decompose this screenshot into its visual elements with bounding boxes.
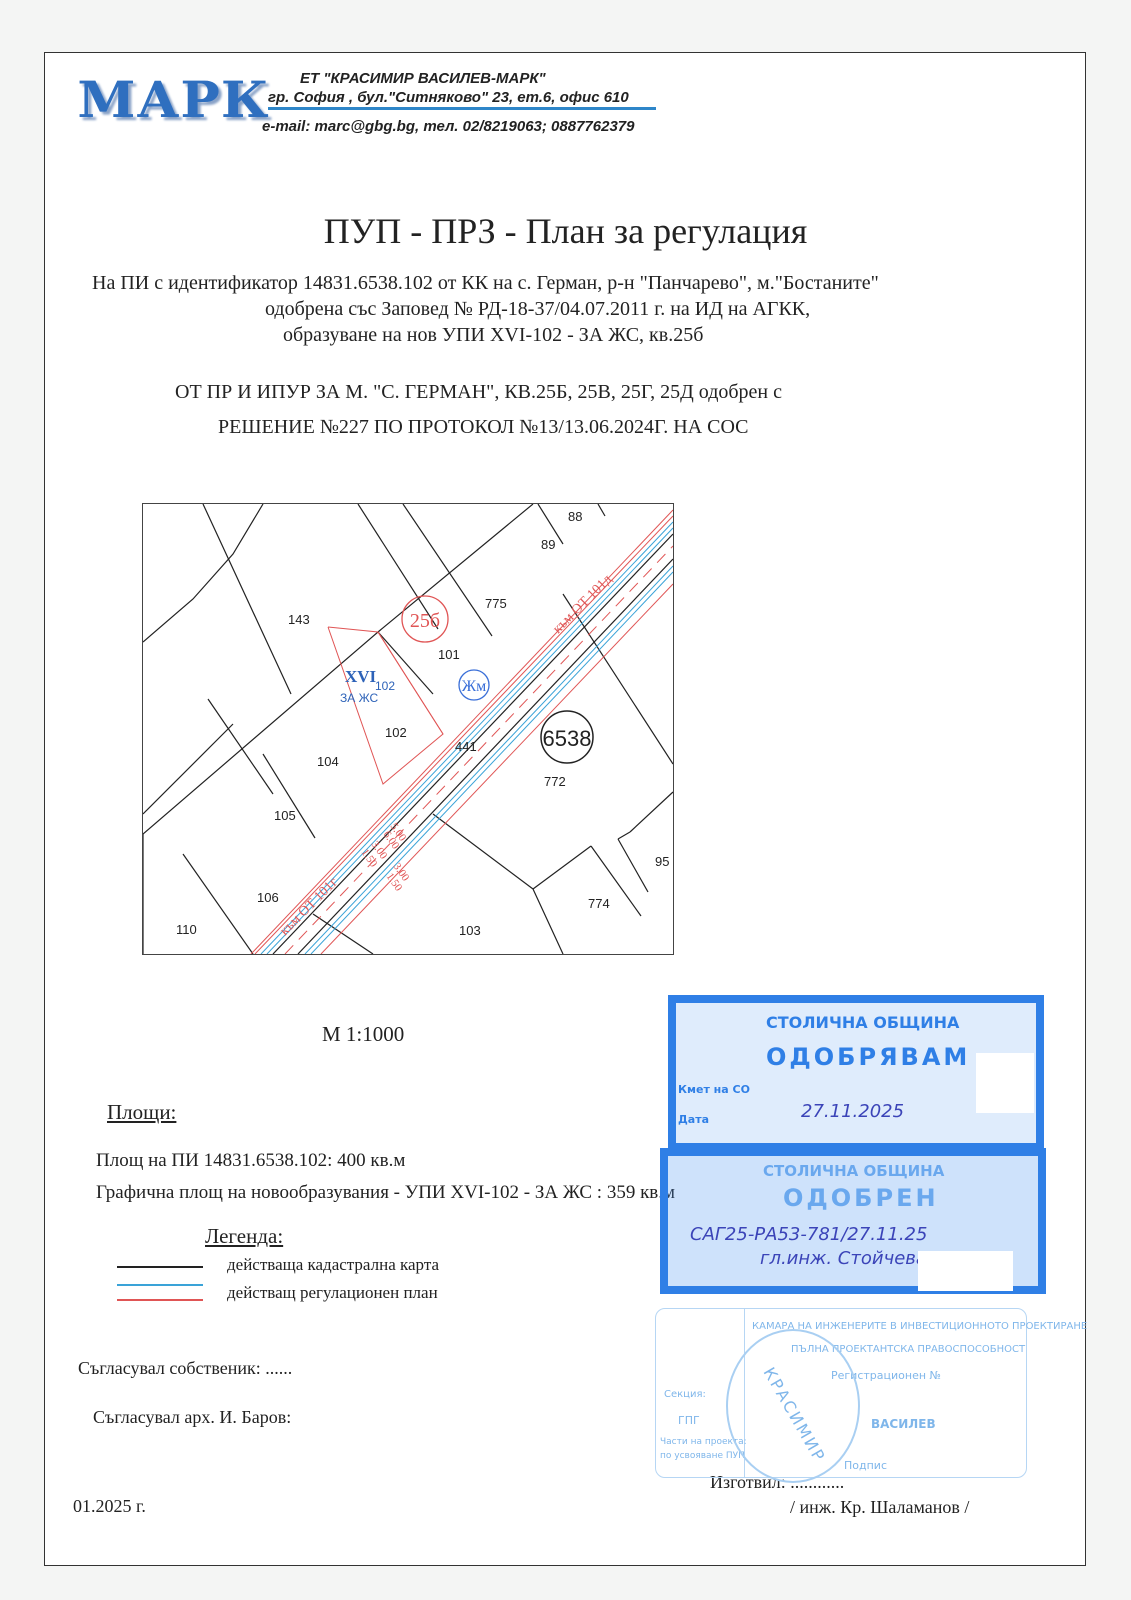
handwritten-name: гл.инж. Стойчева (760, 1248, 927, 1269)
block-label: 25б (410, 610, 440, 632)
parcel-774: 774 (588, 896, 610, 911)
legend-heading: Легенда: (205, 1224, 283, 1249)
stamp-section-label: Секция: (664, 1389, 706, 1400)
parcel-775: 775 (485, 596, 507, 611)
subtitle-line-4: ОТ ПР И ИПУР ЗА М. "С. ГЕРМАН", КВ.25Б, … (175, 381, 782, 404)
upi-number: XVI (345, 667, 377, 686)
legend-label-regulation: действащ регулационен план (227, 1283, 438, 1303)
legend-label-cadastre: действаща кадастрална карта (227, 1255, 439, 1275)
parcel-110: 110 (176, 922, 197, 937)
map-scale: М 1:1000 (322, 1022, 404, 1047)
parcel-105: 105 (274, 808, 296, 823)
upi-purpose: ЗА ЖС (340, 691, 379, 705)
redaction-box (976, 1053, 1034, 1113)
street-label-sw: към ОТ 101г (277, 875, 341, 939)
stamp-row-mayor: Кмет на СО (678, 1083, 750, 1096)
stamp-section: ГПГ (678, 1414, 700, 1427)
subtitle-line-3: образуване на нов УПИ XVI-102 - ЗА ЖС, к… (283, 324, 703, 347)
stamp-signature-label: Подпис (844, 1459, 887, 1472)
approval-stamp: СТОЛИЧНА ОБЩИНА ОДОБРЯВАМ Кмет на СО Дат… (668, 995, 1044, 1151)
parcel-104: 104 (317, 754, 339, 769)
parcel-106: 106 (257, 890, 279, 905)
legend-line-regulation (117, 1299, 203, 1301)
graphic-area: Графична площ на новообразувания - УПИ X… (96, 1182, 675, 1204)
stamp-row-date: Дата (678, 1113, 709, 1126)
company-contacts: e-mail: marc@gbg.bg, тел. 02/8219063; 08… (262, 118, 634, 135)
parcel-103: 103 (459, 923, 481, 938)
subtitle-line-2: одобрена със Заповед № РД-18-37/04.07.20… (265, 298, 810, 321)
redaction-box (918, 1251, 1013, 1291)
legend-line-cadastre (117, 1266, 203, 1268)
cadastral-area-label: 6538 (543, 726, 592, 751)
parcel-area: Площ на ПИ 14831.6538.102: 400 кв.м (96, 1150, 405, 1172)
company-address: гр. София , бул."Ситняково" 23, ет.6, оф… (268, 89, 629, 106)
legend-line-street (117, 1284, 203, 1286)
engineer-stamp: КАМАРА НА ИНЖЕНЕРИТЕ В ИНВЕСТИЦИОННОТО П… (655, 1308, 1027, 1478)
engineer-name: / инж. Кр. Шаламанов / (790, 1497, 969, 1518)
zone-label: Жм (462, 678, 486, 695)
parcel-89: 89 (541, 537, 555, 552)
parcel-772: 772 (544, 774, 566, 789)
areas-heading: Площи: (107, 1100, 176, 1125)
company-name: ЕТ "КРАСИМИР ВАСИЛЕВ-МАРК" (300, 70, 546, 87)
stamp-org: СТОЛИЧНА ОБЩИНА (766, 1013, 959, 1032)
handwritten-reference: САГ25-РА53-781/27.11.25 (690, 1224, 927, 1245)
header-divider (268, 107, 656, 110)
architect-approval: Съгласувал арх. И. Баров: (93, 1407, 291, 1428)
regulation-map: 25б Жм 6538 XVI 102 ЗА ЖС 143 101 775 89… (142, 503, 674, 955)
parcel-88: 88 (568, 509, 582, 524)
document-title: ПУП - ПРЗ - План за регулация (0, 210, 1131, 252)
stamp-parts: по усвояване ПУП (660, 1451, 745, 1461)
parcel-95: 95 (655, 854, 669, 869)
stamp-word: ОДОБРЯВАМ (766, 1043, 970, 1071)
owner-approval: Съгласувал собственик: ...... (78, 1358, 292, 1379)
handwritten-date: 27.11.2025 (801, 1101, 904, 1122)
parcel-101: 101 (438, 647, 460, 662)
approved-stamp: СТОЛИЧНА ОБЩИНА ОДОБРЕН САГ25-РА53-781/2… (660, 1148, 1046, 1294)
parcel-102: 102 (385, 725, 407, 740)
company-logo: МАРК (77, 70, 269, 129)
stamp-engineer-name: ВАСИЛЕВ (871, 1417, 936, 1431)
parcel-441: 441 (455, 739, 477, 754)
stamp-word: ОДОБРЕН (783, 1184, 939, 1212)
parcel-143: 143 (288, 612, 310, 627)
subtitle-line-5: РЕШЕНИЕ №227 ПО ПРОТОКОЛ №13/13.06.2024Г… (218, 416, 749, 439)
subtitle-line-1: На ПИ с идентификатор 14831.6538.102 от … (92, 272, 879, 295)
stamp-org: СТОЛИЧНА ОБЩИНА (763, 1162, 944, 1180)
document-date: 01.2025 г. (73, 1496, 146, 1517)
